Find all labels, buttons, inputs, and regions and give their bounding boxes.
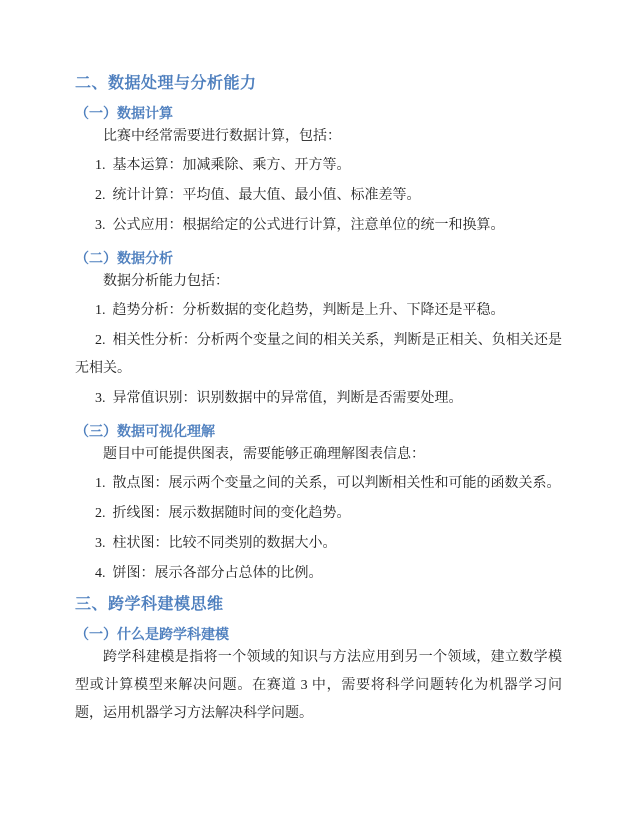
list-item-number: 4.	[95, 566, 106, 581]
list-item: 3.异常值识别：识别数据中的异常值，判断是否需要处理。	[75, 385, 562, 413]
list-item-text: 相关性分析：分析两个变量之间的相关关系，判断是正相关、负相关还是无相关。	[75, 333, 562, 376]
list-item-number: 1.	[95, 476, 106, 491]
list-item-number: 2.	[95, 506, 106, 521]
subsection-heading: （三）数据可视化理解	[75, 421, 562, 441]
subsection-heading: （一）什么是跨学科建模	[75, 624, 562, 644]
list-item-text: 折线图：展示数据随时间的变化趋势。	[113, 506, 351, 521]
section-heading-cross-discipline-modeling: 三、跨学科建模思维	[75, 594, 562, 616]
list-item: 3.公式应用：根据给定的公式进行计算，注意单位的统一和换算。	[75, 212, 562, 240]
intro-paragraph: 比赛中经常需要进行数据计算，包括：	[75, 123, 562, 151]
list-item: 3.柱状图：比较不同类别的数据大小。	[75, 530, 562, 558]
subsection-what-is-cross-discipline-modeling: （一）什么是跨学科建模 跨学科建模是指将一个领域的知识与方法应用到另一个领域，建…	[75, 624, 562, 728]
list-item-text: 趋势分析：分析数据的变化趋势，判断是上升、下降还是平稳。	[113, 303, 505, 318]
subsection-heading: （二）数据分析	[75, 248, 562, 268]
list-item-number: 2.	[95, 188, 106, 203]
list-item: 2.相关性分析：分析两个变量之间的相关关系，判断是正相关、负相关还是无相关。	[75, 327, 562, 383]
list-item-text: 异常值识别：识别数据中的异常值，判断是否需要处理。	[113, 391, 463, 406]
list-item-text: 饼图：展示各部分占总体的比例。	[113, 566, 323, 581]
list-item-text: 统计计算：平均值、最大值、最小值、标准差等。	[113, 188, 421, 203]
body-paragraph: 跨学科建模是指将一个领域的知识与方法应用到另一个领域，建立数学模型或计算模型来解…	[75, 644, 562, 728]
subsection-heading: （一）数据计算	[75, 103, 562, 123]
list-item-number: 3.	[95, 391, 106, 406]
list-item-number: 1.	[95, 303, 106, 318]
list-item-number: 3.	[95, 218, 106, 233]
subsection-data-analysis: （二）数据分析 数据分析能力包括： 1.趋势分析：分析数据的变化趋势，判断是上升…	[75, 248, 562, 413]
subsection-data-visualization: （三）数据可视化理解 题目中可能提供图表，需要能够正确理解图表信息： 1.散点图…	[75, 421, 562, 588]
list-item: 2.统计计算：平均值、最大值、最小值、标准差等。	[75, 182, 562, 210]
list-item: 1.趋势分析：分析数据的变化趋势，判断是上升、下降还是平稳。	[75, 297, 562, 325]
list-item: 4.饼图：展示各部分占总体的比例。	[75, 560, 562, 588]
list-item: 2.折线图：展示数据随时间的变化趋势。	[75, 500, 562, 528]
subsection-data-calculation: （一）数据计算 比赛中经常需要进行数据计算，包括： 1.基本运算：加减乘除、乘方…	[75, 103, 562, 240]
list-item-number: 1.	[95, 158, 106, 173]
list-item-number: 3.	[95, 536, 106, 551]
document-page: 二、数据处理与分析能力 （一）数据计算 比赛中经常需要进行数据计算，包括： 1.…	[0, 0, 636, 823]
list-item-text: 公式应用：根据给定的公式进行计算，注意单位的统一和换算。	[113, 218, 505, 233]
intro-paragraph: 数据分析能力包括：	[75, 268, 562, 296]
list-item: 1.散点图：展示两个变量之间的关系，可以判断相关性和可能的函数关系。	[75, 470, 562, 498]
list-item-number: 2.	[95, 333, 106, 348]
intro-paragraph: 题目中可能提供图表，需要能够正确理解图表信息：	[75, 441, 562, 469]
list-item-text: 柱状图：比较不同类别的数据大小。	[113, 536, 337, 551]
section-heading-data-processing: 二、数据处理与分析能力	[75, 73, 562, 95]
list-item-text: 基本运算：加减乘除、乘方、开方等。	[113, 158, 351, 173]
list-item: 1.基本运算：加减乘除、乘方、开方等。	[75, 152, 562, 180]
list-item-text: 散点图：展示两个变量之间的关系，可以判断相关性和可能的函数关系。	[113, 476, 561, 491]
